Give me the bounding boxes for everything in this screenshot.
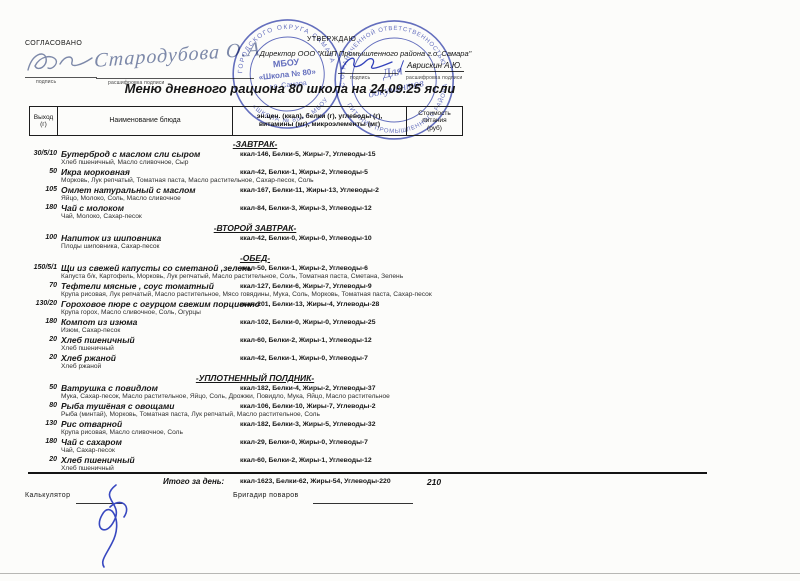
dish-ingredients: Хлеб пшеничный	[61, 345, 114, 352]
header-col-cost: Стоимость питания (руб)	[407, 107, 462, 135]
dish-row: 80Рыба тушёная с овощамиккал-106, Белки-…	[30, 401, 707, 419]
agreed-name-handwritten: Стародубова О.А	[94, 38, 261, 73]
dish-ingredients: Рыба (минтай), Морковь, Томатная паста, …	[61, 411, 320, 418]
dish-name: Рыба тушёная с овощами	[61, 401, 174, 411]
header-col-output: Выход (г)	[30, 107, 58, 135]
dish-row: 70Тефтели мясные , соус томатныйккал-127…	[30, 281, 707, 299]
dish-row: 50Икра морковнаяккал-42, Белки-1, Жиры-2…	[30, 167, 707, 185]
dish-name: Икра морковная	[61, 167, 130, 177]
dish-nutrition: ккал-127, Белки-6, Жиры-7, Углеводы-9	[240, 283, 372, 290]
dish-row: 20Хлеб ржанойккал-42, Белки-1, Жиры-0, У…	[30, 353, 707, 371]
dish-ingredients: Яйцо, Молоко, Соль, Масло сливочное	[61, 195, 181, 202]
section-heading: -ВТОРОЙ ЗАВТРАК-	[30, 221, 480, 233]
dish-ingredients: Морковь, Лук репчатый, Томатная паста, М…	[61, 177, 314, 184]
header-col-nutrition: эн.цен. (ккал), белки (г), углеводы (г),…	[233, 107, 407, 135]
dish-nutrition: ккал-201, Белки-13, Жиры-4, Углеводы-28	[240, 301, 379, 308]
dish-ingredients: Крупа горох, Масло сливочное, Соль, Огур…	[61, 309, 201, 316]
dish-qty: 130/20	[30, 300, 57, 307]
school-stamp-center1: МБОУ	[272, 57, 300, 70]
dish-row: 105Омлет натуральный с масломккал-167, Б…	[30, 185, 707, 203]
dish-ingredients: Хлеб ржаной	[61, 363, 101, 370]
approve-signature-line	[338, 73, 398, 74]
dish-ingredients: Крупа рисовая, Масло сливочное, Соль	[61, 429, 183, 436]
dish-ingredients: Изюм, Сахар-песок	[61, 327, 120, 334]
dish-row: 180Чай с молокомккал-84, Белки-3, Жиры-3…	[30, 203, 707, 221]
dish-qty: 20	[30, 354, 57, 361]
table-header: Выход (г) Наименование блюда эн.цен. (кк…	[29, 106, 463, 136]
dish-name: Компот из изюма	[61, 317, 137, 327]
dish-ingredients: Хлеб пшеничный, Масло сливочное, Сыр	[61, 159, 188, 166]
dish-row: 30/5/10Бутерброд с маслом сли сыромккал-…	[30, 149, 707, 167]
dish-nutrition: ккал-60, Белки-2, Жиры-1, Углеводы-12	[240, 457, 372, 464]
dish-qty: 180	[30, 204, 57, 211]
dish-row: 180Компот из изюмаккал-102, Белки-0, Жир…	[30, 317, 707, 335]
agreed-signature-line	[25, 77, 97, 78]
approve-signature	[338, 53, 398, 75]
dish-qty: 20	[30, 336, 57, 343]
dish-nutrition: ккал-29, Белки-0, Жиры-0, Углеводы-7	[240, 439, 368, 446]
dish-row: 130/20Гороховое пюре с огурцом свежим по…	[30, 299, 707, 317]
dish-nutrition: ккал-84, Белки-3, Жиры-3, Углеводы-12	[240, 205, 372, 212]
dish-name: Рис отварной	[61, 419, 122, 429]
dish-qty: 50	[30, 384, 57, 391]
calculator-label: Калькулятор	[25, 492, 70, 499]
dish-nutrition: ккал-146, Белки-5, Жиры-7, Углеводы-15	[240, 151, 376, 158]
dish-ingredients: Мука, Сахар-песок, Масло растительное, Я…	[61, 393, 390, 400]
agreed-name-line	[96, 78, 254, 79]
dish-nutrition: ккал-167, Белки-11, Жиры-13, Углеводы-2	[240, 187, 379, 194]
dish-ingredients: Чай, Сахар-песок	[61, 447, 115, 454]
agreed-signature	[22, 46, 102, 78]
totals-label: Итого за день:	[163, 477, 224, 486]
dish-ingredients: Крупа рисовая, Лук репчатый, Масло расти…	[61, 291, 432, 298]
dish-name: Хлеб ржаной	[61, 353, 116, 363]
dish-qty: 105	[30, 186, 57, 193]
totals-nutrition: ккал-1623, Белки-62, Жиры-54, Углеводы-2…	[240, 478, 391, 485]
dish-name: Напиток из шиповника	[61, 233, 161, 243]
dish-row: 100Напиток из шиповникаккал-42, Белки-0,…	[30, 233, 707, 251]
document-title: Меню дневного рациона 80 школа на 24.09.…	[30, 81, 550, 96]
dish-qty: 80	[30, 402, 57, 409]
header-col-dish: Наименование блюда	[58, 107, 233, 135]
dish-name: Бутерброд с маслом сли сыром	[61, 149, 200, 159]
dish-row: 20Хлеб пшеничныйккал-60, Белки-2, Жиры-1…	[30, 335, 707, 353]
dish-qty: 20	[30, 456, 57, 463]
dish-nutrition: ккал-182, Белки-4, Жиры-2, Углеводы-37	[240, 385, 376, 392]
dish-row: 20Хлеб пшеничныйккал-60, Белки-2, Жиры-1…	[30, 455, 707, 473]
dish-name: Тефтели мясные , соус томатный	[61, 281, 214, 291]
dish-qty: 180	[30, 318, 57, 325]
dish-qty: 130	[30, 420, 57, 427]
dish-name: Гороховое пюре с огурцом свежим порционн…	[61, 299, 260, 309]
section-heading: -УПЛОТНЕННЫЙ ПОЛДНИК-	[30, 371, 480, 383]
brigadier-label: Бригадир поваров	[233, 492, 299, 499]
totals-rule	[28, 472, 707, 474]
dish-name: Омлет натуральный с маслом	[61, 185, 196, 195]
dish-qty: 70	[30, 282, 57, 289]
section-heading: -ОБЕД-	[30, 251, 480, 263]
dish-nutrition: ккал-42, Белки-1, Жиры-0, Углеводы-7	[240, 355, 368, 362]
dish-ingredients: Капуста б/к, Картофель, Морковь, Лук реп…	[61, 273, 403, 280]
dish-row: 50Ватрушка с повидломккал-182, Белки-4, …	[30, 383, 707, 401]
scan-edge-line	[0, 573, 800, 574]
dish-nutrition: ккал-182, Белки-3, Жиры-5, Углеводы-32	[240, 421, 376, 428]
dish-name: Чай с сахаром	[61, 437, 122, 447]
dish-name: Ватрушка с повидлом	[61, 383, 158, 393]
totals-cost: 210	[413, 477, 455, 487]
menu-document-page: СОГЛАСОВАНО подпись Стародубова О.А расш…	[0, 0, 800, 581]
calculator-signature	[80, 477, 150, 569]
dish-ingredients: Плоды шиповника, Сахар-песок	[61, 243, 159, 250]
dish-nutrition: ккал-42, Белки-1, Жиры-2, Углеводы-5	[240, 169, 368, 176]
dish-nutrition: ккал-42, Белки-0, Жиры-0, Углеводы-10	[240, 235, 372, 242]
dish-qty: 50	[30, 168, 57, 175]
dish-row: 180Чай с сахаромккал-29, Белки-0, Жиры-0…	[30, 437, 707, 455]
dish-qty: 180	[30, 438, 57, 445]
dish-nutrition: ккал-60, Белки-2, Жиры-1, Углеводы-12	[240, 337, 372, 344]
dish-nutrition: ккал-102, Белки-0, Жиры-0, Углеводы-25	[240, 319, 376, 326]
brigadier-signature-line	[313, 503, 413, 504]
dish-nutrition: ккал-106, Белки-10, Жиры-7, Углеводы-2	[240, 403, 376, 410]
dish-row: 150/5/1Щи из свежей капусты со сметаной …	[30, 263, 707, 281]
dish-ingredients: Чай, Молоко, Сахар-песок	[61, 213, 142, 220]
approve-name: Аврискин А.Ю.	[405, 61, 464, 72]
dish-qty: 150/5/1	[30, 264, 57, 271]
menu-body: -ЗАВТРАК-30/5/10Бутерброд с маслом сли с…	[30, 137, 707, 473]
section-heading: -ЗАВТРАК-	[30, 137, 480, 149]
dish-qty: 30/5/10	[30, 150, 57, 157]
dish-qty: 100	[30, 234, 57, 241]
signature-slash	[399, 60, 404, 72]
dish-ingredients: Хлеб пшеничный	[61, 465, 114, 472]
dish-name: Хлеб пшеничный	[61, 455, 135, 465]
school-stamp-center2: «Школа № 80»	[258, 67, 316, 82]
approve-label: УТВЕРЖДАЮ	[307, 36, 356, 43]
dish-name: Щи из свежей капусты со сметаной ,зелень	[61, 263, 252, 273]
dish-name: Хлеб пшеничный	[61, 335, 135, 345]
dish-nutrition: ккал-50, Белки-1, Жиры-2, Углеводы-6	[240, 265, 368, 272]
dish-row: 130Рис отварнойккал-182, Белки-3, Жиры-5…	[30, 419, 707, 437]
dish-name: Чай с молоком	[61, 203, 124, 213]
